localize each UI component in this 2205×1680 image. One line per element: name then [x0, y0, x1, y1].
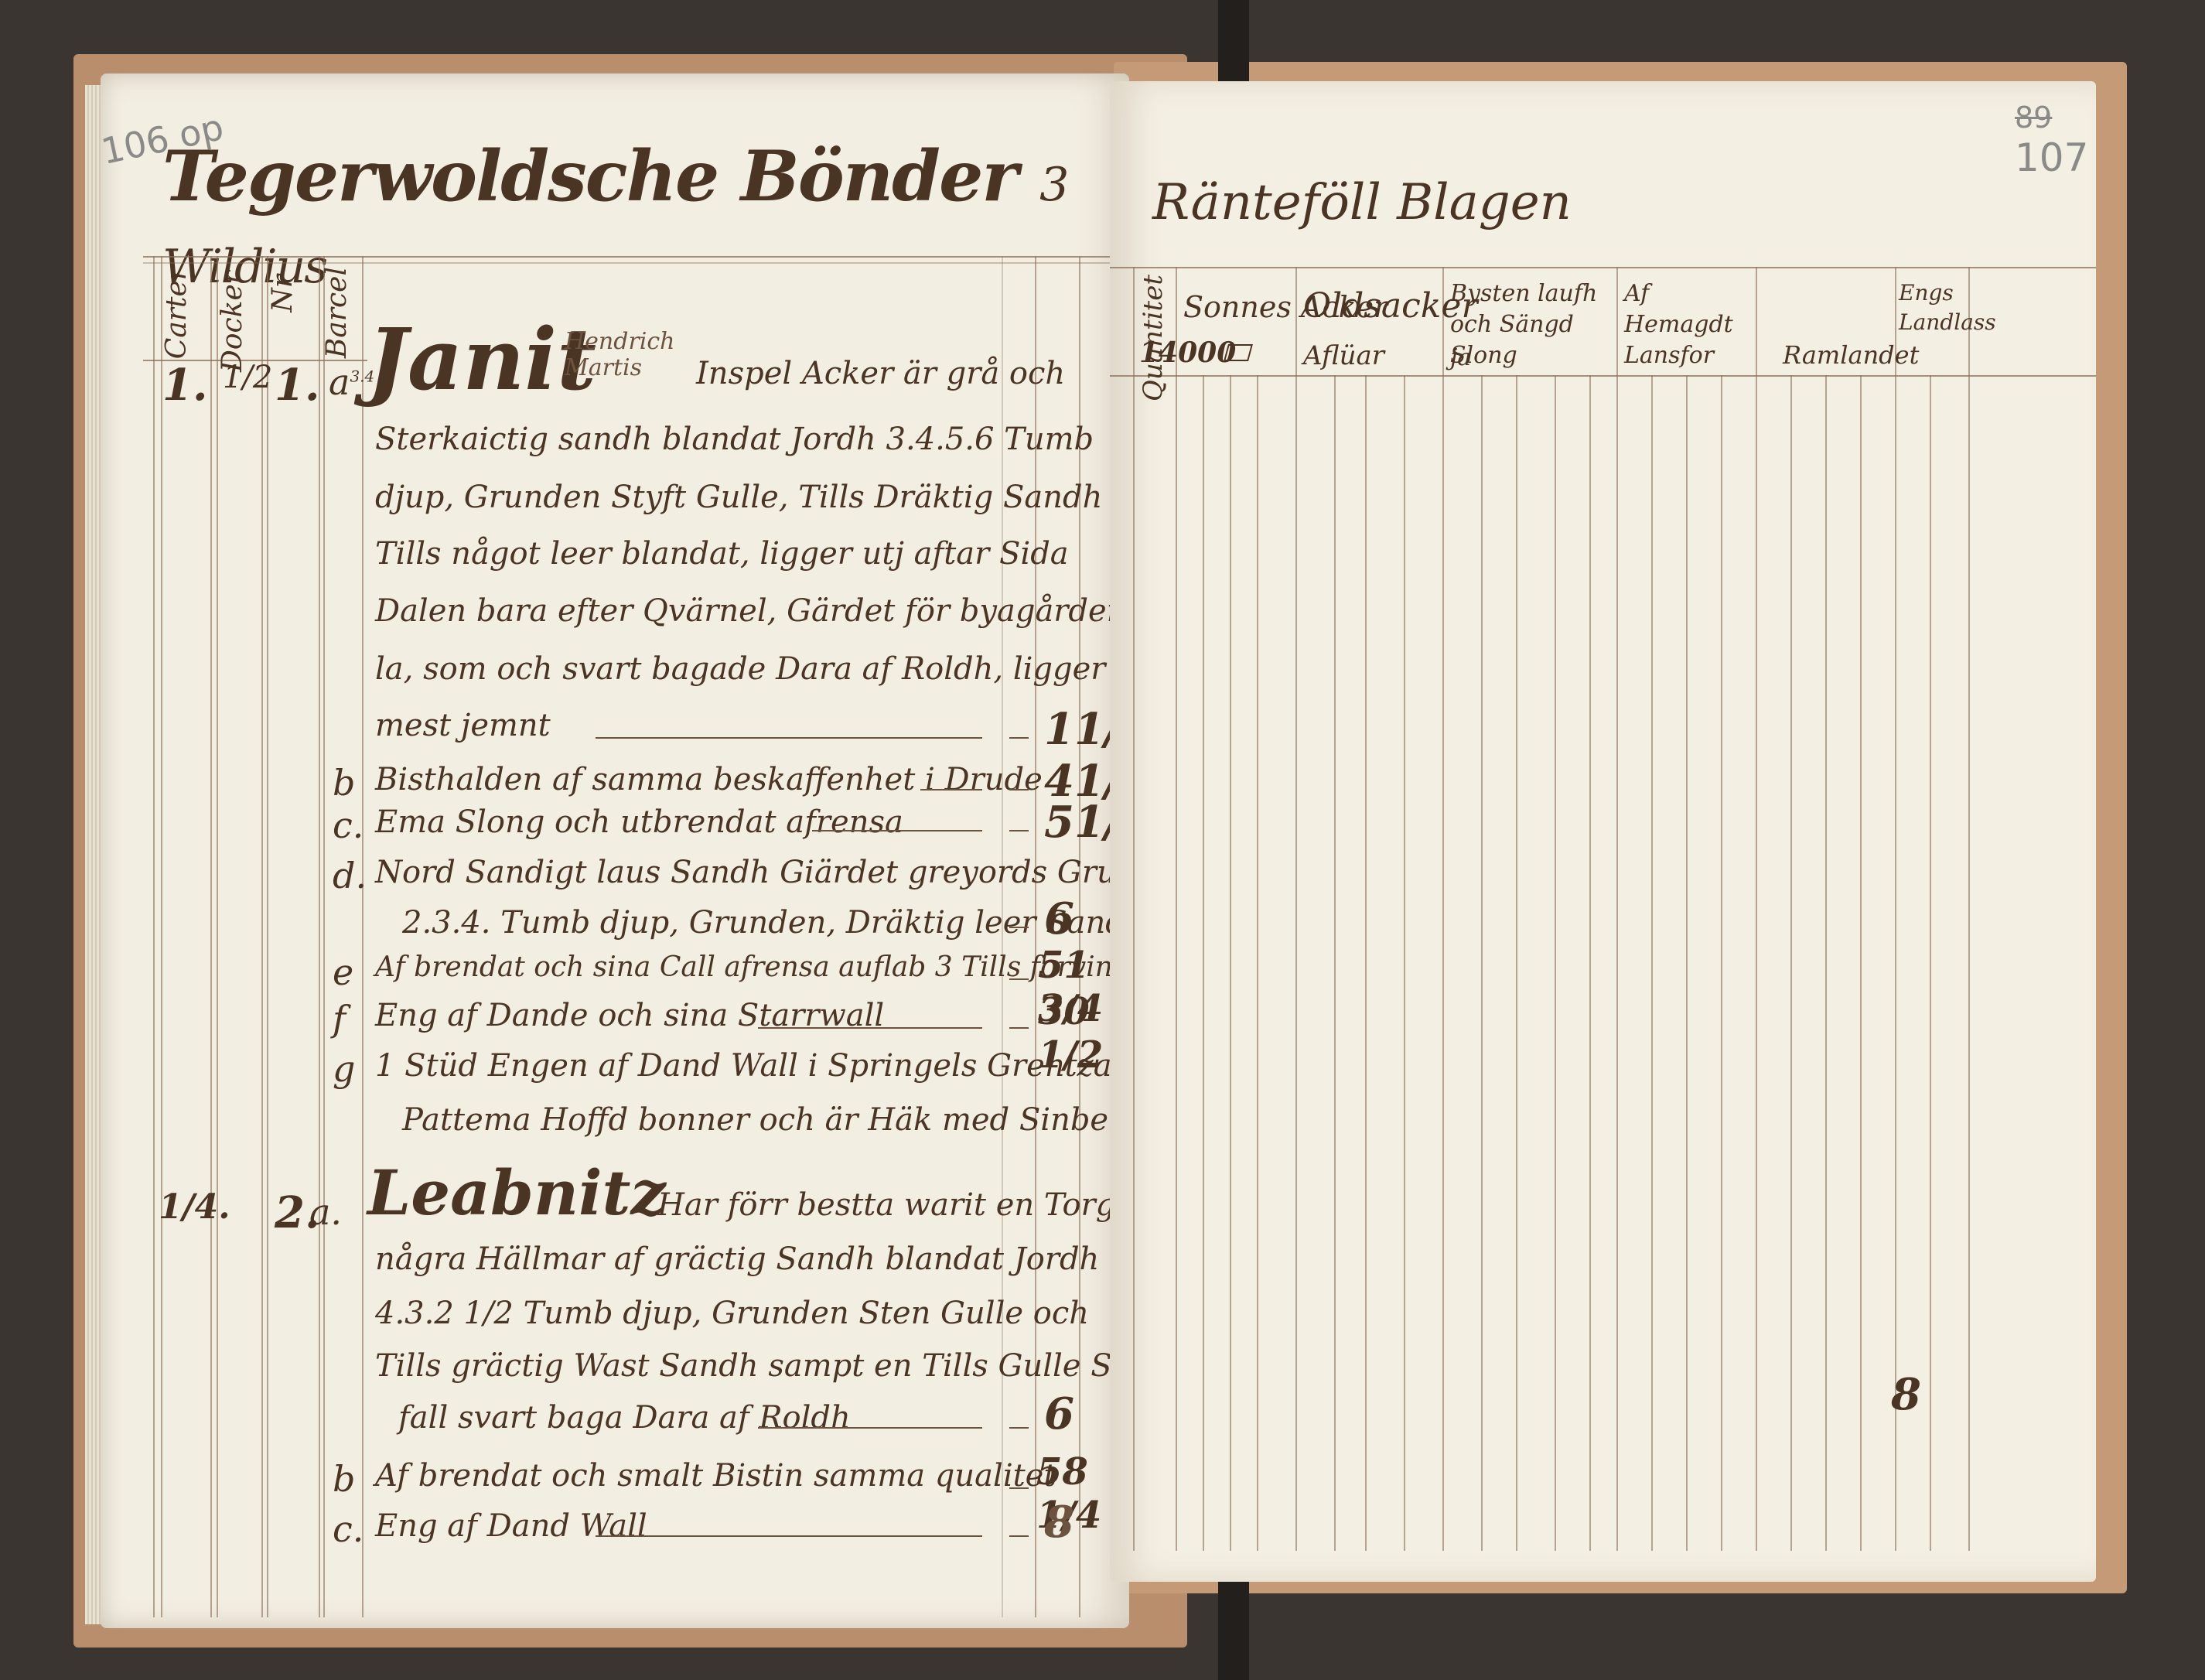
entry-2-carter: 1/4.	[159, 1187, 230, 1227]
entry-g-line-1: 1 Stüd Engen af Dand Wall i Springels Gr…	[375, 1048, 1112, 1084]
ramland-note: Ramlandet	[1783, 340, 1919, 370]
quantity-value: 14000	[1139, 336, 1236, 369]
column-header-carter: Carter	[161, 267, 193, 359]
entry-d-line-2: 2.3.4. Tumb djup, Grunden, Dräktig leer …	[402, 905, 1145, 941]
entry-b-text: Bisthalden af samma beskaffenhet i Drude	[375, 762, 1043, 797]
column-header-hemagdt: Af Hemagdt Lansfor	[1624, 278, 1756, 371]
entry-g-lit: g	[333, 1048, 355, 1090]
entry-c-text: Ema Slong och utbrendat afrensa	[375, 804, 903, 840]
owner-given-names: Hendrich Martis	[565, 329, 675, 381]
column-header-docker: Docker	[217, 271, 248, 372]
entry-2-lit: a.	[309, 1191, 342, 1233]
entry-2c-text: Eng af Dand Wall	[375, 1508, 647, 1544]
engs-value: 8	[1891, 1369, 1921, 1420]
entry-1-carter: 1.	[162, 360, 207, 411]
square-measure-icon	[1224, 344, 1253, 361]
entry-1-line-5: Dalen bara efter Qvärnel, Gärdet för bya…	[375, 593, 1136, 629]
acker-note: Aflüar	[1303, 340, 1384, 371]
entry-2-line-5: fall svart baga Dara af Roldh	[398, 1400, 851, 1436]
column-header-nr: Nr	[267, 275, 299, 312]
owner-name-leabnitz: Leabnitz	[367, 1156, 666, 1229]
entry-2-value: 6	[1044, 1388, 1074, 1439]
entry-b-lit: b	[333, 762, 355, 804]
page-title: Tegerwoldsche Bönder 3 Wildius	[162, 135, 1129, 299]
entry-2b-lit: b	[333, 1458, 355, 1500]
entry-d-lit: d.	[333, 855, 367, 896]
column-header-bysten: Bysten laufh och Sängd Slong	[1450, 278, 1613, 371]
ja-note: ja	[1450, 344, 1471, 371]
title-text: Tegerwoldsche Bönder	[162, 135, 1017, 217]
entry-1-line-2: Sterkaictig sandh blandat Jordh 3.4.5.6 …	[375, 422, 1094, 457]
owner-name-janit: Janit	[367, 309, 596, 409]
entry-d-line-1: Nord Sandigt laus Sandh Giärdet greyords…	[375, 855, 1186, 890]
entry-2-line-4: Tills gräctig Wast Sandh sampt en Tills …	[375, 1348, 1190, 1384]
entry-1-line-1: Inspel Acker är grå och	[696, 356, 1065, 391]
entry-c-lit: c.	[333, 804, 364, 846]
right-page: 89 107 Ränteföll Blagen Quantitet Sonnes…	[1110, 81, 2096, 1582]
entry-1-line-6: la, som och svart bagade Dara af Roldh, …	[375, 651, 1105, 687]
entry-2c-value: 8	[1044, 1497, 1074, 1548]
entry-1-nr: 1.	[275, 360, 319, 411]
column-header-engs: Engs Landlass	[1899, 278, 1968, 337]
entry-2b-text: Af brendat och smalt Bistin samma qualit…	[375, 1458, 1056, 1494]
entry-2-line-3: 4.3.2 1/2 Tumb djup, Grunden Sten Gulle …	[375, 1296, 1089, 1331]
entry-g-line-2: Pattema Hoffd bonner och är Häk med Sinb…	[402, 1102, 1194, 1138]
entry-1-line-3: djup, Grunden Styft Gulle, Tills Dräktig…	[375, 480, 1102, 515]
right-page-title: Ränteföll Blagen	[1152, 174, 1572, 231]
entry-f-lit: f	[333, 998, 346, 1040]
folio-number-right: 107	[2015, 135, 2088, 180]
entry-1-line-4: Tills något leer blandat, ligger utj aft…	[375, 536, 1069, 572]
entry-2-line-2: några Hällmar af gräctig Sandh blandat J…	[375, 1241, 1099, 1277]
folio-number-struck: 89	[2015, 101, 2052, 135]
entry-d-value: 6	[1044, 893, 1074, 944]
entry-2c-lit: c.	[333, 1508, 364, 1550]
entry-1-docker: 1/2	[223, 360, 272, 395]
entry-e-lit: e	[333, 951, 353, 993]
column-header-barcel: Barcel	[321, 267, 353, 358]
entry-1-line-7: mest jemnt	[375, 708, 551, 743]
left-page: 106 op Tegerwoldsche Bönder 3 Wildius Ca…	[101, 73, 1129, 1628]
